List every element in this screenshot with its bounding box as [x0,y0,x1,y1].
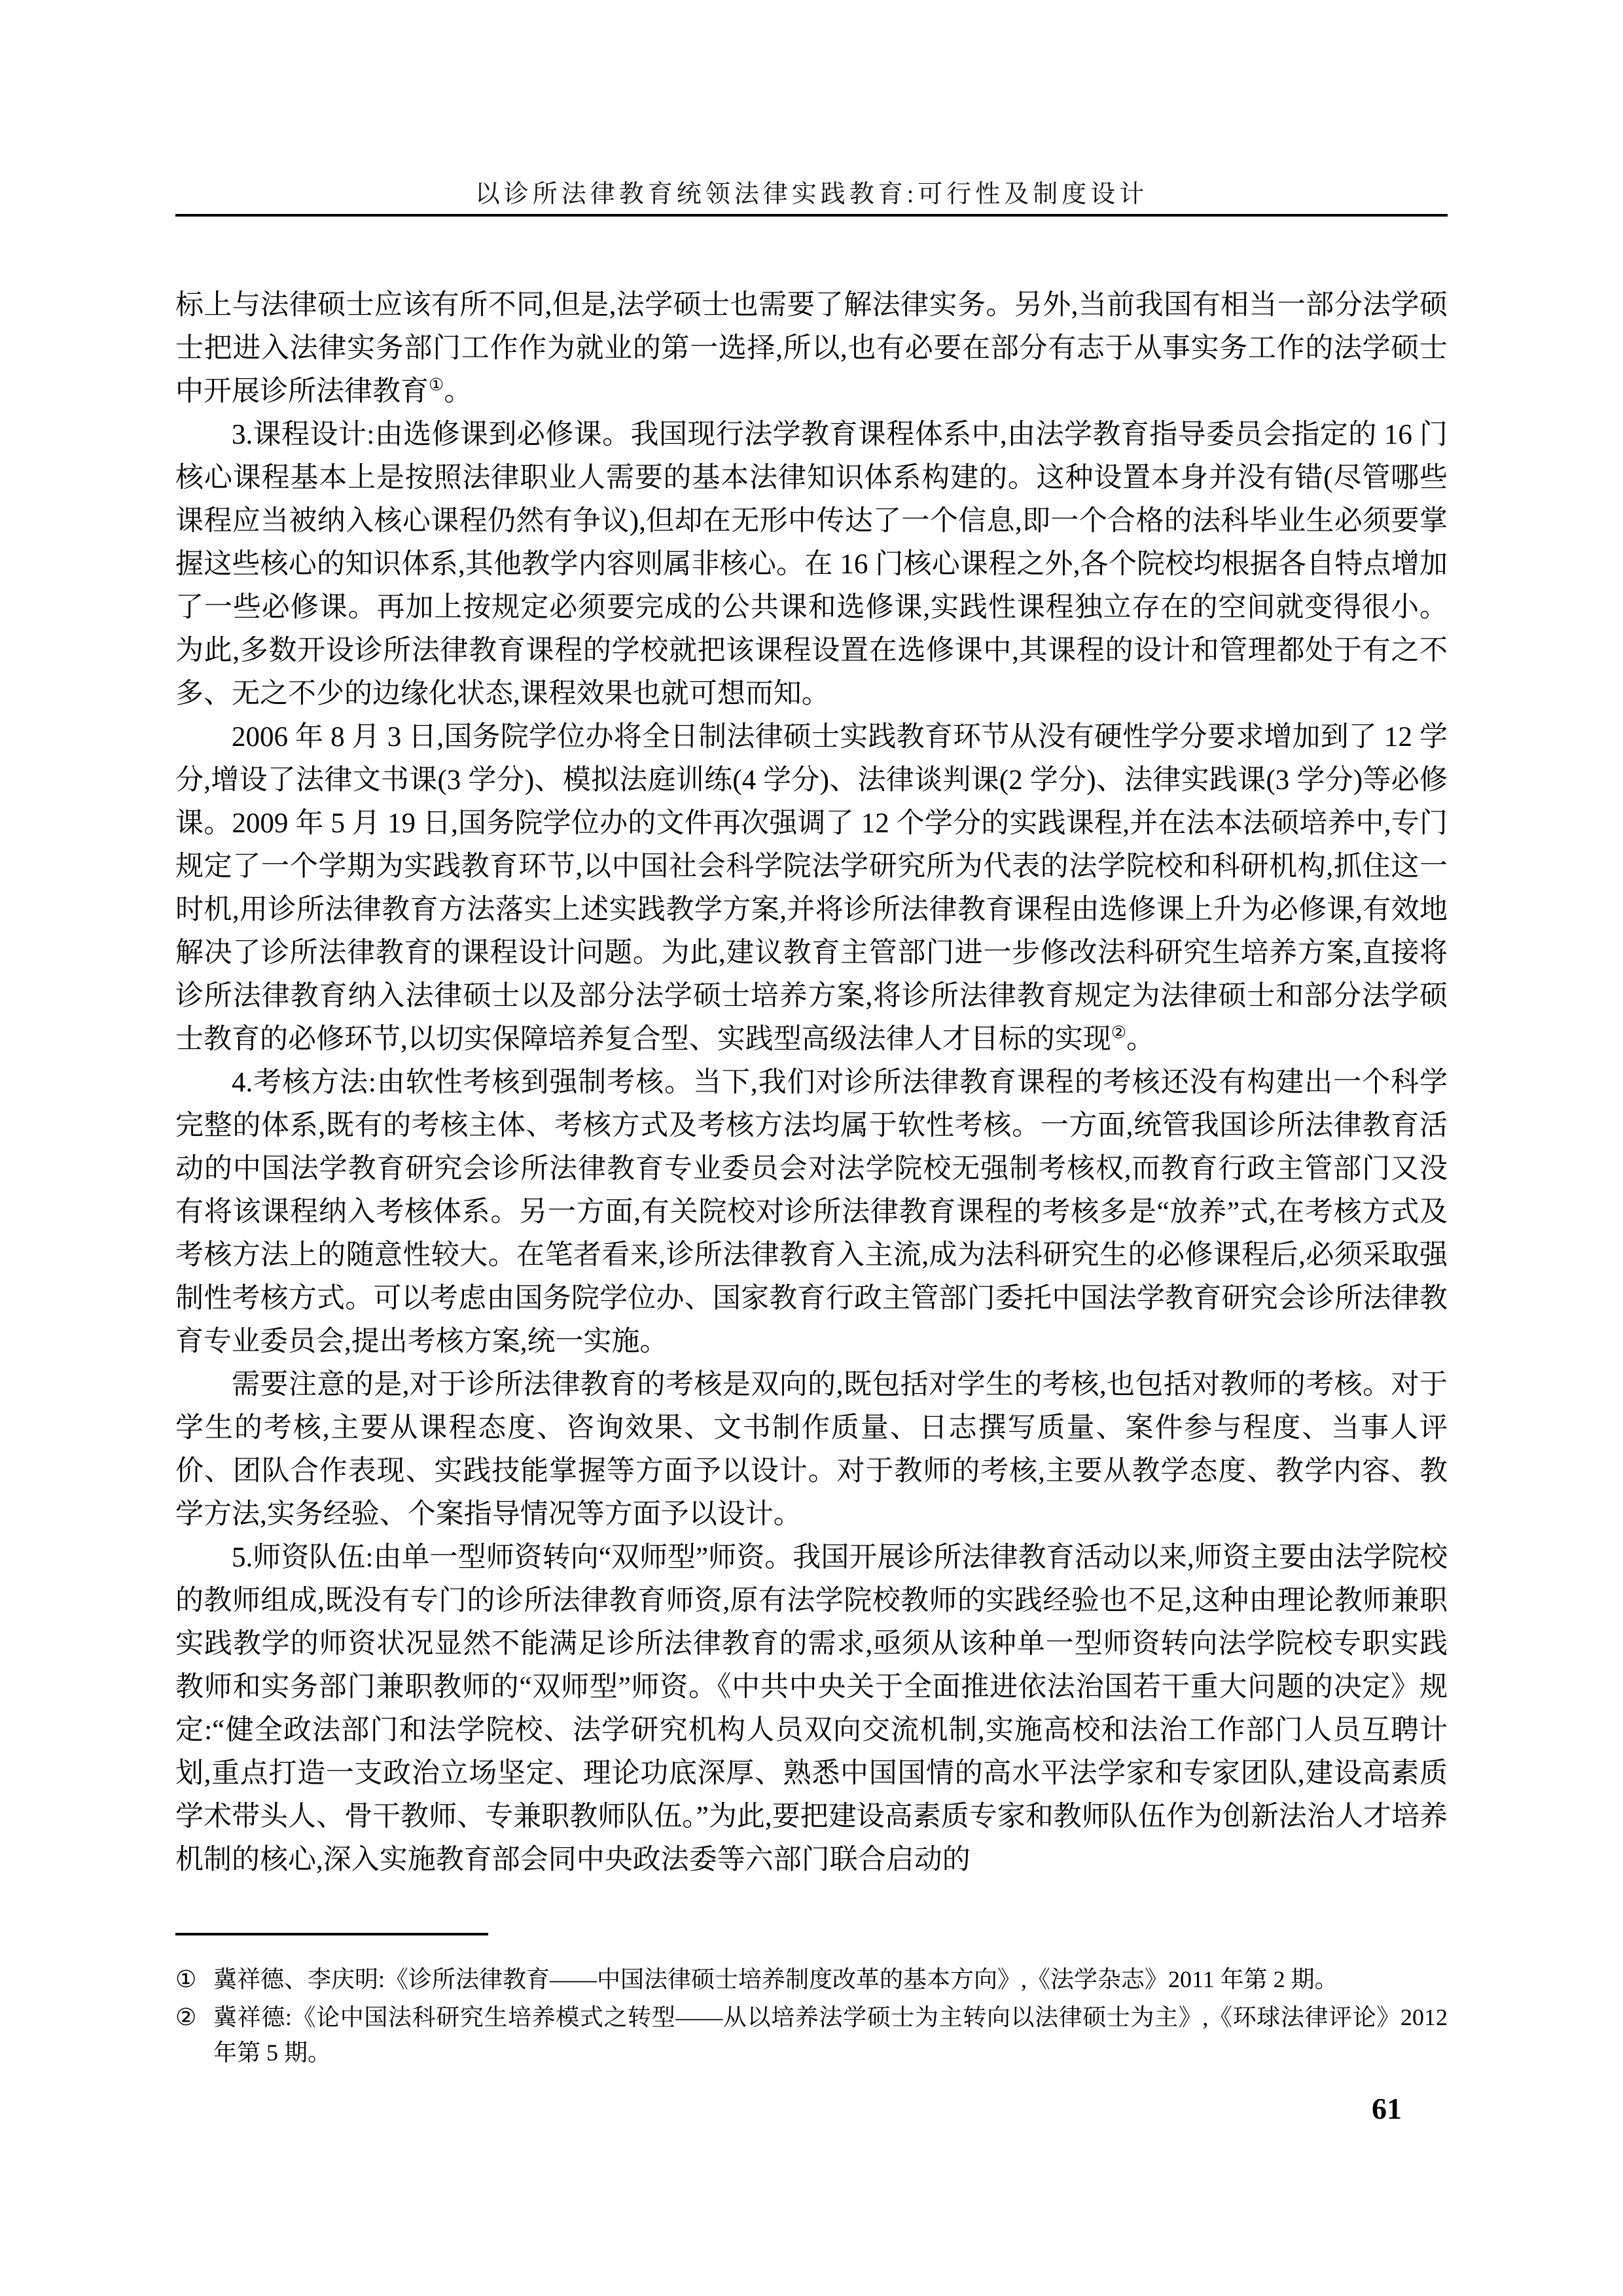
paragraph: 标上与法律硕士应该有所不同,但是,法学硕士也需要了解法律实务。另外,当前我国有相… [175,284,1448,414]
footnote-reference: ① [429,376,444,395]
footnote-marker: ② [175,2000,196,2035]
paragraph: 5.师资队伍:由单一型师资转向“双师型”师资。我国开展诊所法律教育活动以来,师资… [175,1536,1448,1882]
footnote: ①冀祥德、李庆明:《诊所法律教育——中国法律硕士培养制度改革的基本方向》,《法学… [175,1962,1448,1997]
paragraph: 2006 年 8 月 3 日,国务院学位办将全日制法律硕士实践教育环节从没有硬性… [175,716,1448,1061]
article-body: 标上与法律硕士应该有所不同,但是,法学硕士也需要了解法律实务。另外,当前我国有相… [175,284,1448,1882]
footnote: ②冀祥德:《论中国法科研究生培养模式之转型——从以培养法学硕士为主转向以法律硕士… [175,2000,1448,2070]
footnote-separator [175,1933,488,1935]
header-rule [175,214,1448,217]
footnote-text: 冀祥德、李庆明:《诊所法律教育——中国法律硕士培养制度改革的基本方向》,《法学杂… [213,1966,1338,1992]
page-number: 61 [1372,2091,1402,2126]
footnote-reference: ② [1111,1023,1126,1042]
paragraph: 需要注意的是,对于诊所法律教育的考核是双向的,既包括对学生的考核,也包括对教师的… [175,1364,1448,1536]
document-page: 以诊所法律教育统领法律实践教育:可行性及制度设计 标上与法律硕士应该有所不同,但… [0,0,1623,2296]
footnote-text: 冀祥德:《论中国法科研究生培养模式之转型——从以培养法学硕士为主转向以法律硕士为… [213,2004,1448,2066]
footnote-marker: ① [175,1962,196,1997]
footnotes: ①冀祥德、李庆明:《诊所法律教育——中国法律硕士培养制度改革的基本方向》,《法学… [175,1962,1448,2073]
paragraph: 4.考核方法:由软性考核到强制考核。当下,我们对诊所法律教育课程的考核还没有构建… [175,1061,1448,1364]
paragraph: 3.课程设计:由选修课到必修课。我国现行法学教育课程体系中,由法学教育指导委员会… [175,414,1448,716]
running-head-title: 以诊所法律教育统领法律实践教育:可行性及制度设计 [0,173,1623,209]
